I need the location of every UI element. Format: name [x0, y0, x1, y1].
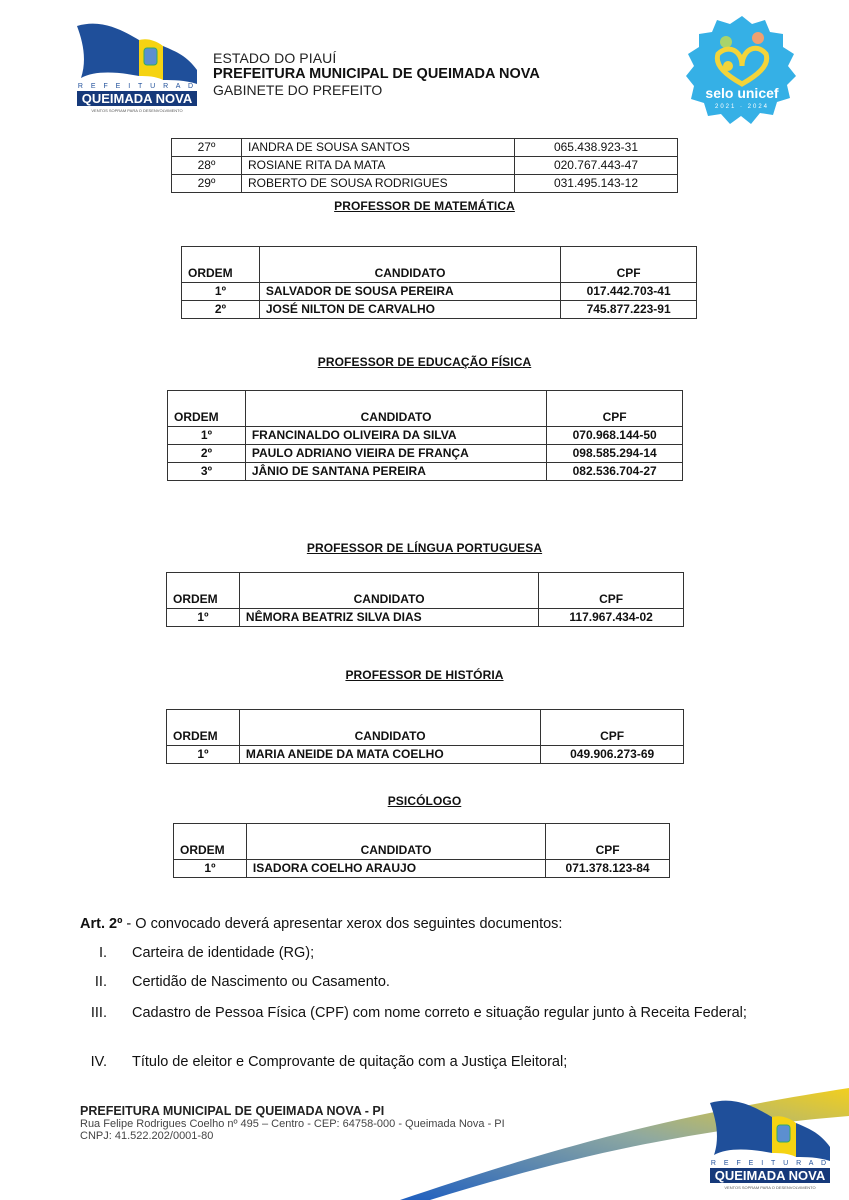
cpf-cell: 049.906.273-69 — [541, 746, 684, 764]
cpf-cell: 070.968.144-50 — [547, 427, 683, 445]
table-row: 1ºISADORA COELHO ARAUJO071.378.123-84 — [174, 860, 670, 878]
column-header-order: ORDEM — [167, 710, 240, 746]
cpf-cell: 082.536.704-27 — [547, 463, 683, 481]
column-header-cpf: CPF — [547, 391, 683, 427]
candidate-cell: JÂNIO DE SANTANA PEREIRA — [245, 463, 546, 481]
candidate-cell: JOSÉ NILTON DE CARVALHO — [259, 301, 560, 319]
column-header-cpf: CPF — [561, 247, 697, 283]
cpf-cell: 745.877.223-91 — [561, 301, 697, 319]
column-header-cpf: CPF — [546, 824, 670, 860]
order-cell: 28º — [172, 157, 242, 175]
order-cell: 1º — [168, 427, 246, 445]
state-name: ESTADO DO PIAUÍ — [213, 50, 540, 66]
column-header-candidate: CANDIDATO — [239, 573, 538, 609]
section-title-lingua-portuguesa: PROFESSOR DE LÍNGUA PORTUGUESA — [0, 541, 849, 555]
order-cell: 27º — [172, 139, 242, 157]
section-title-psicologo: PSICÓLOGO — [0, 794, 849, 808]
order-cell: 1º — [174, 860, 247, 878]
column-header-candidate: CANDIDATO — [245, 391, 546, 427]
svg-text:P R E F E I T U R A D E: P R E F E I T U R A D E — [73, 83, 201, 90]
table-header-row: ORDEMCANDIDATOCPF — [174, 824, 670, 860]
cpf-cell: 031.495.143-12 — [515, 175, 678, 193]
table-header-row: ORDEMCANDIDATOCPF — [182, 247, 697, 283]
svg-text:selo unicef: selo unicef — [705, 85, 778, 101]
order-cell: 3º — [168, 463, 246, 481]
column-header-cpf: CPF — [541, 710, 684, 746]
article-2: Art. 2º - O convocado deverá apresentar … — [80, 914, 562, 934]
column-header-candidate: CANDIDATO — [239, 710, 540, 746]
cpf-cell: 020.767.443-47 — [515, 157, 678, 175]
candidate-cell: ROBERTO DE SOUSA RODRIGUES — [242, 175, 515, 193]
candidate-table: ORDEMCANDIDATOCPF1ºFRANCINALDO OLIVEIRA … — [167, 390, 683, 481]
section-title-historia: PROFESSOR DE HISTÓRIA — [0, 668, 849, 682]
cpf-cell: 117.967.434-02 — [539, 609, 684, 627]
item-text: Cadastro de Pessoa Física (CPF) com nome… — [132, 1003, 770, 1023]
item-text: Carteira de identidade (RG); — [132, 943, 770, 963]
candidate-cell: IANDRA DE SOUSA SANTOS — [242, 139, 515, 157]
candidate-table: ORDEMCANDIDATOCPF1ºMARIA ANEIDE DA MATA … — [166, 709, 684, 764]
candidate-cell: ISADORA COELHO ARAUJO — [246, 860, 545, 878]
svg-text:QUEIMADA NOVA: QUEIMADA NOVA — [715, 1168, 826, 1183]
item-text: Certidão de Nascimento ou Casamento. — [132, 972, 770, 992]
section-title-educacao-fisica: PROFESSOR DE EDUCAÇÃO FÍSICA — [0, 355, 849, 369]
item-number: IV. — [80, 1052, 107, 1072]
document-item: III. Cadastro de Pessoa Física (CPF) com… — [80, 1003, 770, 1045]
item-number: II. — [80, 972, 107, 992]
cpf-cell: 098.585.294-14 — [547, 445, 683, 463]
queimada-nova-footer-logo: P R E F E I T U R A D E QUEIMADA NOVA VE… — [706, 1095, 834, 1191]
table-header-row: ORDEMCANDIDATOCPF — [167, 710, 684, 746]
item-number: I. — [80, 943, 107, 963]
table-row: 3ºJÂNIO DE SANTANA PEREIRA082.536.704-27 — [168, 463, 683, 481]
candidate-table: ORDEMCANDIDATOCPF1ºSALVADOR DE SOUSA PER… — [181, 246, 697, 319]
item-number: III. — [80, 1003, 107, 1023]
table-row: 1ºMARIA ANEIDE DA MATA COELHO049.906.273… — [167, 746, 684, 764]
column-header-candidate: CANDIDATO — [259, 247, 560, 283]
candidate-table: ORDEMCANDIDATOCPF1ºNÊMORA BEATRIZ SILVA … — [166, 572, 684, 627]
table-row: 27º IANDRA DE SOUSA SANTOS 065.438.923-3… — [172, 139, 678, 157]
column-header-order: ORDEM — [168, 391, 246, 427]
table-row: 28º ROSIANE RITA DA MATA 020.767.443-47 — [172, 157, 678, 175]
svg-text:VENTOS SOPRAM PARA O DESENVOLV: VENTOS SOPRAM PARA O DESENVOLVIMENTO — [724, 1185, 815, 1190]
candidate-cell: FRANCINALDO OLIVEIRA DA SILVA — [245, 427, 546, 445]
svg-text:P R E F E I T U R A D E: P R E F E I T U R A D E — [706, 1160, 834, 1167]
column-header-cpf: CPF — [539, 573, 684, 609]
column-header-order: ORDEM — [182, 247, 260, 283]
document-header: ESTADO DO PIAUÍ PREFEITURA MUNICIPAL DE … — [213, 50, 540, 98]
table-row: 1ºSALVADOR DE SOUSA PEREIRA017.442.703-4… — [182, 283, 697, 301]
order-cell: 1º — [182, 283, 260, 301]
order-cell: 29º — [172, 175, 242, 193]
table-row: 2ºPAULO ADRIANO VIEIRA DE FRANÇA098.585.… — [168, 445, 683, 463]
svg-text:VENTOS SOPRAM PARA O DESENVOLV: VENTOS SOPRAM PARA O DESENVOLVIMENTO — [91, 108, 182, 113]
candidate-table: ORDEMCANDIDATOCPF1ºISADORA COELHO ARAUJO… — [173, 823, 670, 878]
selo-unicef-seal: selo unicef 2021 · 2024 — [684, 14, 800, 128]
article-label: Art. 2º — [80, 916, 122, 932]
footer-prefecture: PREFEITURA MUNICIPAL DE QUEIMADA NOVA - … — [80, 1105, 505, 1118]
item-text: Título de eleitor e Comprovante de quita… — [132, 1052, 770, 1072]
order-cell: 1º — [167, 609, 240, 627]
candidate-cell: ROSIANE RITA DA MATA — [242, 157, 515, 175]
candidate-cell: PAULO ADRIANO VIEIRA DE FRANÇA — [245, 445, 546, 463]
article-text: - O convocado deverá apresentar xerox do… — [122, 916, 562, 932]
cpf-cell: 017.442.703-41 — [561, 283, 697, 301]
table-row: 2ºJOSÉ NILTON DE CARVALHO745.877.223-91 — [182, 301, 697, 319]
continued-candidate-table: 27º IANDRA DE SOUSA SANTOS 065.438.923-3… — [171, 138, 678, 193]
order-cell: 2º — [182, 301, 260, 319]
order-cell: 2º — [168, 445, 246, 463]
cpf-cell: 065.438.923-31 — [515, 139, 678, 157]
table-row: 1ºFRANCINALDO OLIVEIRA DA SILVA070.968.1… — [168, 427, 683, 445]
column-header-order: ORDEM — [174, 824, 247, 860]
table-row: 1ºNÊMORA BEATRIZ SILVA DIAS117.967.434-0… — [167, 609, 684, 627]
candidate-cell: MARIA ANEIDE DA MATA COELHO — [239, 746, 540, 764]
prefecture-name: PREFEITURA MUNICIPAL DE QUEIMADA NOVA — [213, 66, 540, 82]
footer: PREFEITURA MUNICIPAL DE QUEIMADA NOVA - … — [80, 1105, 505, 1143]
svg-text:2021 · 2024: 2021 · 2024 — [715, 104, 769, 110]
column-header-order: ORDEM — [167, 573, 240, 609]
candidate-cell: SALVADOR DE SOUSA PEREIRA — [259, 283, 560, 301]
candidate-cell: NÊMORA BEATRIZ SILVA DIAS — [239, 609, 538, 627]
office-name: GABINETE DO PREFEITO — [213, 82, 540, 98]
footer-cnpj: CNPJ: 41.522.202/0001-80 — [80, 1130, 505, 1143]
queimada-nova-logo: P R E F E I T U R A D E QUEIMADA NOVA VE… — [73, 18, 201, 114]
table-row: 29º ROBERTO DE SOUSA RODRIGUES 031.495.1… — [172, 175, 678, 193]
table-header-row: ORDEMCANDIDATOCPF — [168, 391, 683, 427]
footer-address: Rua Felipe Rodrigues Coelho nº 495 – Cen… — [80, 1118, 505, 1131]
order-cell: 1º — [167, 746, 240, 764]
section-title-matematica: PROFESSOR DE MATEMÁTICA — [0, 199, 849, 213]
cpf-cell: 071.378.123-84 — [546, 860, 670, 878]
svg-text:QUEIMADA NOVA: QUEIMADA NOVA — [82, 91, 193, 106]
column-header-candidate: CANDIDATO — [246, 824, 545, 860]
table-header-row: ORDEMCANDIDATOCPF — [167, 573, 684, 609]
